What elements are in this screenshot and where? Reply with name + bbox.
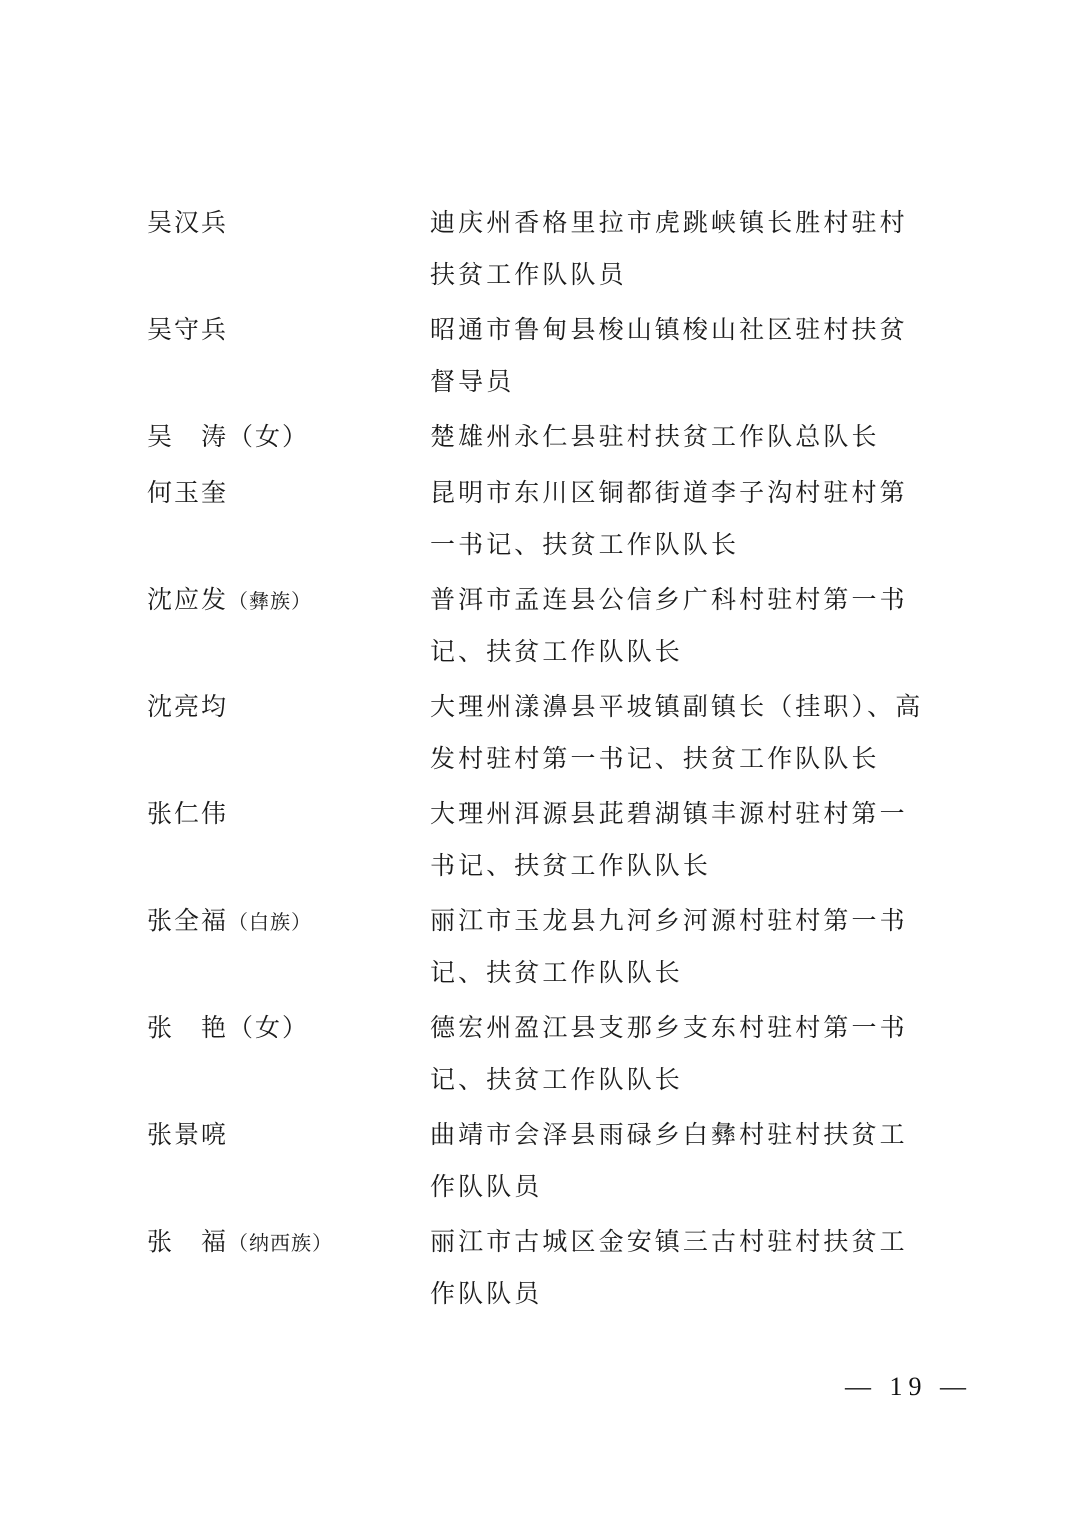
position-title: 普洱市孟连县公信乡广科村驻村第一书 记、扶贫工作队队长 <box>430 574 940 678</box>
person-name: 张仁伟 <box>147 788 430 892</box>
person-name: 张 艳（女） <box>147 1002 430 1106</box>
list-item: 张仁伟 大理州洱源县茈碧湖镇丰源村驻村第一 书记、扶贫工作队队长 <box>147 788 947 892</box>
position-title: 丽江市古城区金安镇三古村驻村扶贫工 作队队员 <box>430 1216 940 1320</box>
person-name: 张 福（纳西族） <box>147 1216 430 1320</box>
ethnicity: （白族） <box>228 910 312 934</box>
list-item: 张 艳（女） 德宏州盈江县支那乡支东村驻村第一书 记、扶贫工作队队长 <box>147 1002 947 1106</box>
position-title: 大理州漾濞县平坡镇副镇长（挂职）、高 发村驻村第一书记、扶贫工作队队长 <box>430 681 940 785</box>
ethnicity: （彝族） <box>228 589 312 613</box>
list-item: 张 福（纳西族） 丽江市古城区金安镇三古村驻村扶贫工 作队队员 <box>147 1216 947 1320</box>
list-item: 吴汉兵 迪庆州香格里拉市虎跳峡镇长胜村驻村 扶贫工作队队员 <box>147 197 947 301</box>
list-item: 张全福（白族） 丽江市玉龙县九河乡河源村驻村第一书 记、扶贫工作队队长 <box>147 895 947 999</box>
list-item: 吴 涛（女） 楚雄州永仁县驻村扶贫工作队总队长 <box>147 411 947 464</box>
position-title: 昭通市鲁甸县梭山镇梭山社区驻村扶贫 督导员 <box>430 304 940 408</box>
person-name: 沈应发（彝族） <box>147 574 430 678</box>
person-name: 沈亮均 <box>147 681 430 785</box>
position-title: 昆明市东川区铜都街道李子沟村驻村第 一书记、扶贫工作队队长 <box>430 467 940 571</box>
list-item: 吴守兵 昭通市鲁甸县梭山镇梭山社区驻村扶贫 督导员 <box>147 304 947 408</box>
person-name: 张景喨 <box>147 1109 430 1213</box>
list-item: 沈应发（彝族） 普洱市孟连县公信乡广科村驻村第一书 记、扶贫工作队队长 <box>147 574 947 678</box>
document-page: 吴汉兵 迪庆州香格里拉市虎跳峡镇长胜村驻村 扶贫工作队队员 吴守兵 昭通市鲁甸县… <box>0 0 1080 1528</box>
ethnicity: （纳西族） <box>228 1231 333 1255</box>
person-name: 何玉奎 <box>147 467 430 571</box>
position-title: 迪庆州香格里拉市虎跳峡镇长胜村驻村 扶贫工作队队员 <box>430 197 940 301</box>
position-title: 德宏州盈江县支那乡支东村驻村第一书 记、扶贫工作队队长 <box>430 1002 940 1106</box>
person-name: 张全福（白族） <box>147 895 430 999</box>
person-name: 吴守兵 <box>147 304 430 408</box>
position-title: 大理州洱源县茈碧湖镇丰源村驻村第一 书记、扶贫工作队队长 <box>430 788 940 892</box>
list-item: 何玉奎 昆明市东川区铜都街道李子沟村驻村第 一书记、扶贫工作队队长 <box>147 467 947 571</box>
person-name: 吴 涛（女） <box>147 411 430 464</box>
person-name: 吴汉兵 <box>147 197 430 301</box>
list-item: 沈亮均 大理州漾濞县平坡镇副镇长（挂职）、高 发村驻村第一书记、扶贫工作队队长 <box>147 681 947 785</box>
honoree-list: 吴汉兵 迪庆州香格里拉市虎跳峡镇长胜村驻村 扶贫工作队队员 吴守兵 昭通市鲁甸县… <box>147 197 947 1323</box>
position-title: 丽江市玉龙县九河乡河源村驻村第一书 记、扶贫工作队队长 <box>430 895 940 999</box>
position-title: 楚雄州永仁县驻村扶贫工作队总队长 <box>430 411 940 464</box>
page-number: — 19 — <box>845 1372 972 1402</box>
list-item: 张景喨 曲靖市会泽县雨碌乡白彝村驻村扶贫工 作队队员 <box>147 1109 947 1213</box>
position-title: 曲靖市会泽县雨碌乡白彝村驻村扶贫工 作队队员 <box>430 1109 940 1213</box>
